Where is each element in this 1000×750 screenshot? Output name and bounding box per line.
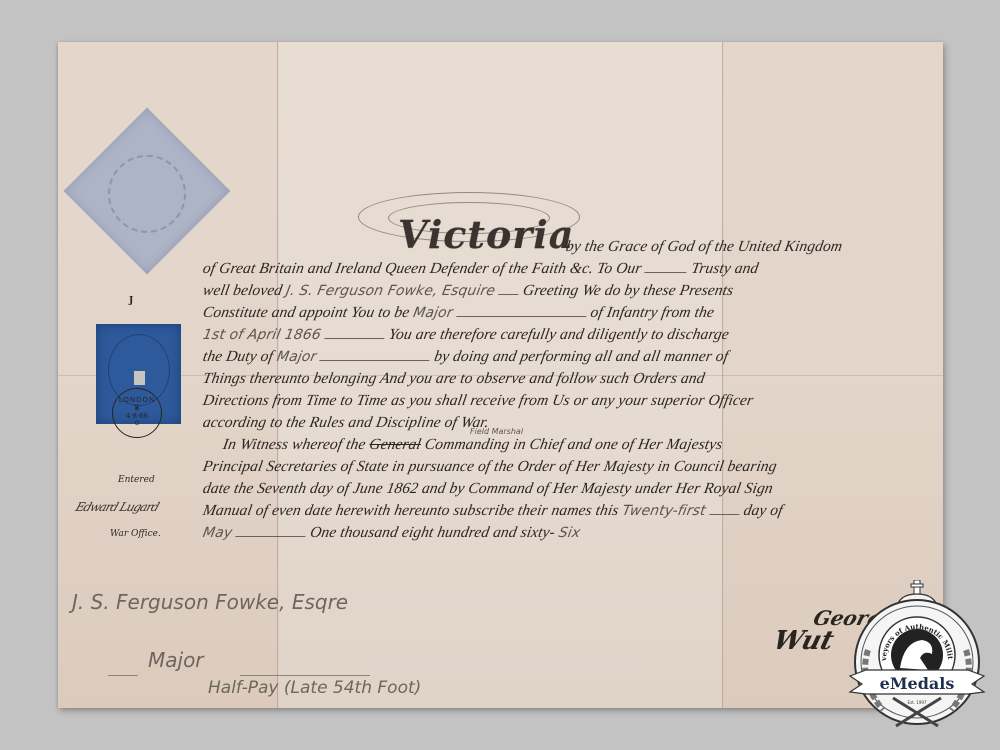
postmark-code: O [135,420,140,427]
text-line-7: Things thereunto belonging And you are t… [201,370,924,388]
postmark-date: 4·8·66 [126,412,148,420]
emedals-badge: Purveyors of Authentic Militaria eMedals… [848,580,988,730]
text-line-13: Manual of even date herewith hereunto su… [201,502,924,520]
entered-label: Entered [118,475,155,485]
text-line-10: In Witness whereof the General Commandin… [221,436,943,454]
duty-rank-field: Major [276,349,318,365]
endorsement-rule [108,675,138,676]
text-line-14: May One thousand eight hundred and sixty… [201,524,924,542]
text-line-3: well beloved J. S. Ferguson Fowke, Esqui… [201,282,924,300]
badge-brand: eMedals [880,674,955,693]
text-line-1: by the Grace of God of the United Kingdo… [564,238,927,256]
clerk-signature: Edward Lugard [74,500,161,514]
endorsement-note: Half-Pay (Late 54th Foot) [208,678,421,698]
paper-seal [64,108,231,275]
text-line-4: Constitute and appoint You to be Major o… [201,304,924,322]
london-postmark: LONDON ♛ 4·8·66 O [112,388,162,438]
text-line-5: 1st of April 1866 You are therefore care… [201,326,924,344]
struck-word: General [368,436,422,453]
endorsement-name: J. S. Ferguson Fowke, Esqre [72,590,348,614]
text-line-11: Principal Secretaries of State in pursua… [201,458,924,476]
recipient-name-field: J. S. Ferguson Fowke, Esquire [285,283,497,299]
text-line-9: according to the Rules and Discipline of… [201,414,924,432]
signing-year-field: Six [557,525,581,541]
badge-established: Est. 1997 [908,700,927,705]
seal-emboss-icon [108,155,186,233]
crown-icon: ♛ [133,404,140,412]
endorsement-rank: Major [148,648,204,672]
text-line-8: Directions from Time to Time as you shal… [201,392,924,410]
office-label: War Office. [110,529,161,539]
commission-date-field: 1st of April 1866 [202,327,323,343]
stamp-chip [134,371,145,385]
royal-signature: Wut [770,626,837,656]
endorsement-rule [240,675,370,676]
text-line-6: the Duty of Major by doing and performin… [201,348,924,366]
seal-letter: J [129,296,133,306]
interlinear-correction: Field Marshal [470,427,523,436]
text-line-2: of Great Britain and Ireland Queen Defen… [201,260,924,278]
rank-field: Major [412,305,454,321]
signing-day-field: Twenty-first [621,503,707,519]
heading-victoria: Victoria [398,212,574,257]
signing-month-field: May [202,525,234,541]
commission-document: J LONDON ♛ 4·8·66 O Entered Edward Lugar… [58,42,943,708]
text-line-12: date the Seventh day of June 1862 and by… [201,480,924,498]
